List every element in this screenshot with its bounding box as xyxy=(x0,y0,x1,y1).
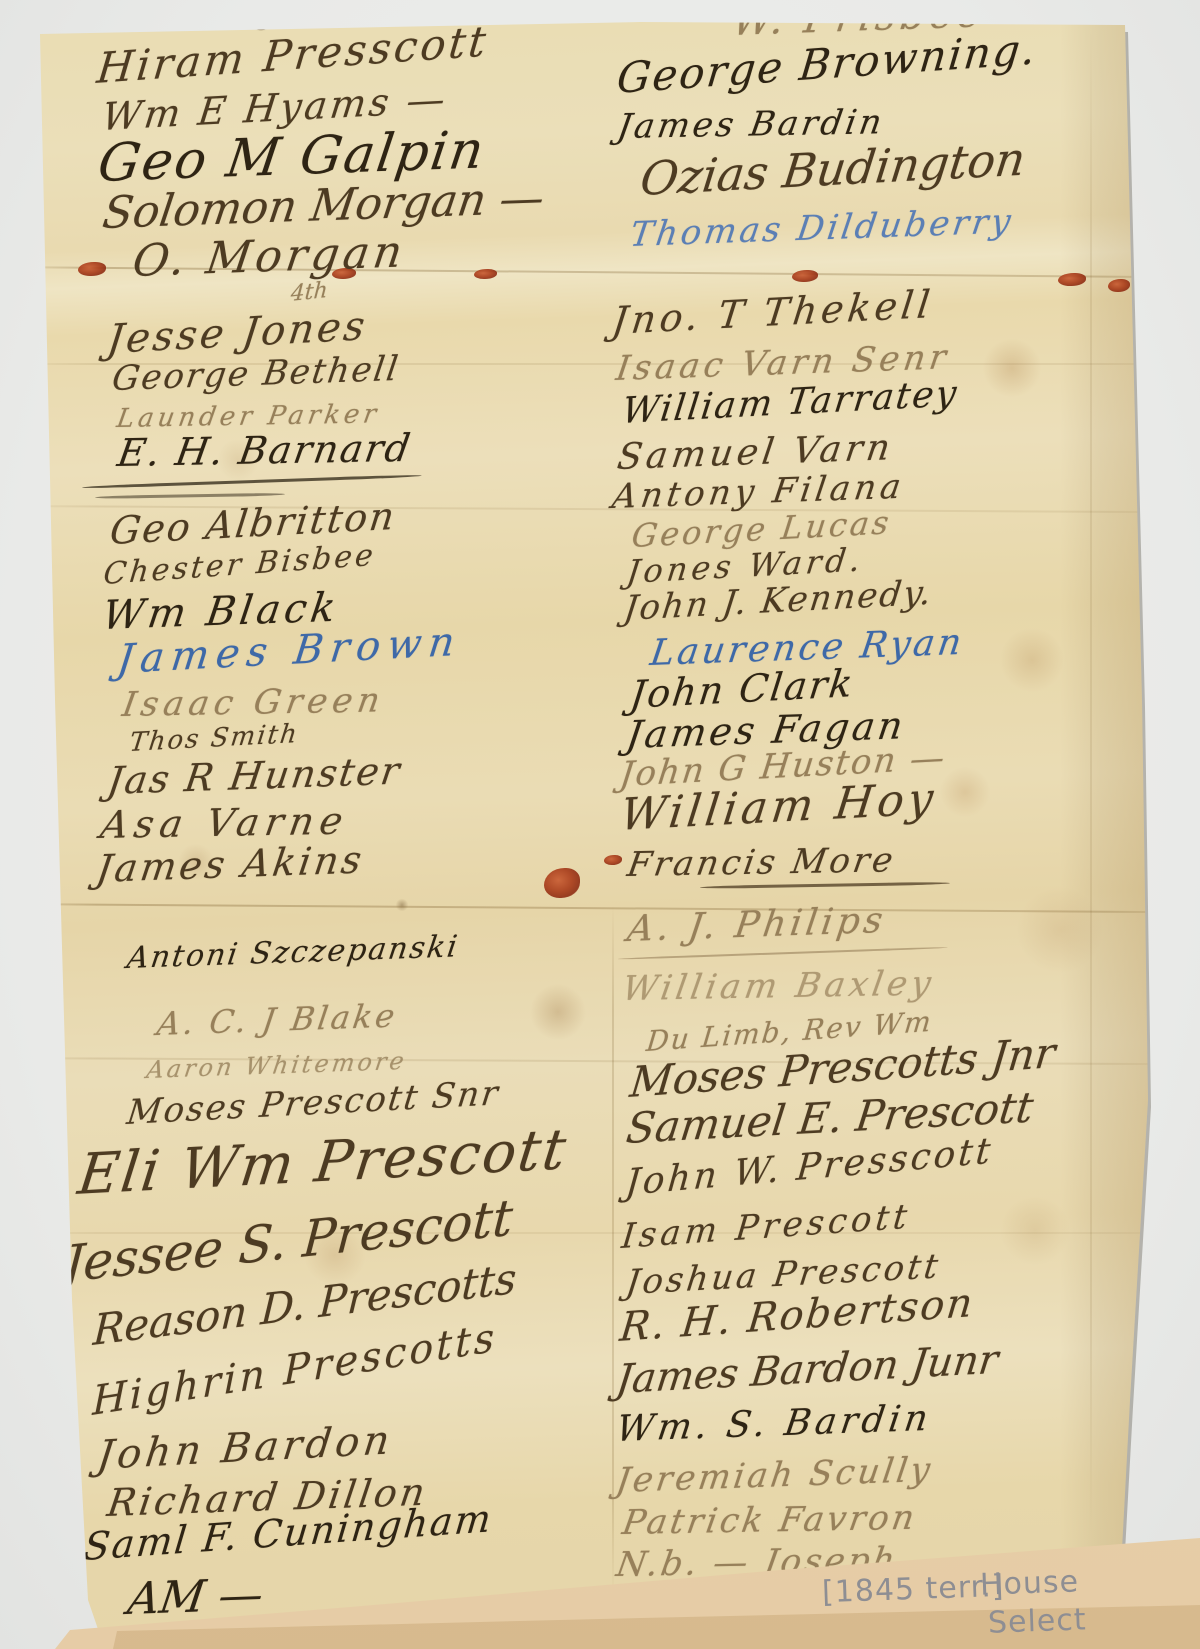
signature: — Negrim xyxy=(150,0,352,32)
pencil-annotation-house: House xyxy=(979,1564,1079,1602)
signature: James Akins xyxy=(94,840,367,888)
center-fold-line xyxy=(612,905,614,1595)
signature: Isam Prescott xyxy=(620,1199,913,1254)
signature: Asa Varne xyxy=(98,802,351,844)
signature: Patrick Favron xyxy=(620,1501,920,1540)
signature: James Bardon Junr xyxy=(614,1340,1000,1400)
wax-spot xyxy=(792,270,818,282)
wax-spot xyxy=(1058,273,1086,286)
wax-spot xyxy=(78,262,106,276)
signature: Wm. S. Bardin xyxy=(614,1401,934,1448)
signature: Antoni Szczepanski xyxy=(125,932,461,974)
underline-flourish xyxy=(82,474,422,489)
signature: Thomas Dilduberry xyxy=(628,204,1016,252)
signature: A. J. Philips xyxy=(625,903,889,948)
wax-spot xyxy=(544,868,580,898)
wax-spot xyxy=(1108,279,1130,292)
signature: A. C. J Blake xyxy=(155,999,400,1040)
signature: James Bardin xyxy=(615,105,887,144)
right-fold-line xyxy=(1090,28,1092,1538)
pencil-annotation-date: [1845 terr.] xyxy=(821,1569,1005,1610)
signature: Jno. T Thekell xyxy=(610,285,936,340)
signature: Isaac Green xyxy=(120,683,387,722)
signature: E. H. Barnard xyxy=(115,429,415,472)
signature: AM — xyxy=(125,1573,266,1622)
signature: Solomon Morgan — xyxy=(100,176,547,236)
signature: O. Morgan xyxy=(130,230,409,284)
underline-flourish xyxy=(95,493,285,499)
pencil-annotation-select: Select xyxy=(987,1602,1087,1640)
signature: Jeremiah Scully xyxy=(614,1453,935,1498)
signature: George Bethell xyxy=(110,352,402,396)
signature: Jas R Hunster xyxy=(105,752,404,800)
signature: Francis More xyxy=(625,843,898,882)
fold-seam xyxy=(0,903,1200,913)
wax-spot xyxy=(24,258,44,269)
signature: Aaron Whitemore xyxy=(145,1049,408,1082)
wax-spot xyxy=(474,269,497,279)
signature: John Bardon xyxy=(95,1420,396,1476)
petition-sheet: — Negrim Hiram Presscott Wm E Hyams — Ge… xyxy=(0,0,1200,1649)
signature: George Browning. xyxy=(615,28,1039,100)
signature: William Baxley xyxy=(620,966,937,1006)
scanned-petition-page: { "document": { "kind": "handwritten pet… xyxy=(0,0,1200,1649)
signature: Moses Prescott Snr xyxy=(125,1076,502,1130)
signature: Thos Smith xyxy=(128,721,300,756)
tally-mark: 4th xyxy=(290,280,328,306)
wax-spot xyxy=(604,855,622,865)
